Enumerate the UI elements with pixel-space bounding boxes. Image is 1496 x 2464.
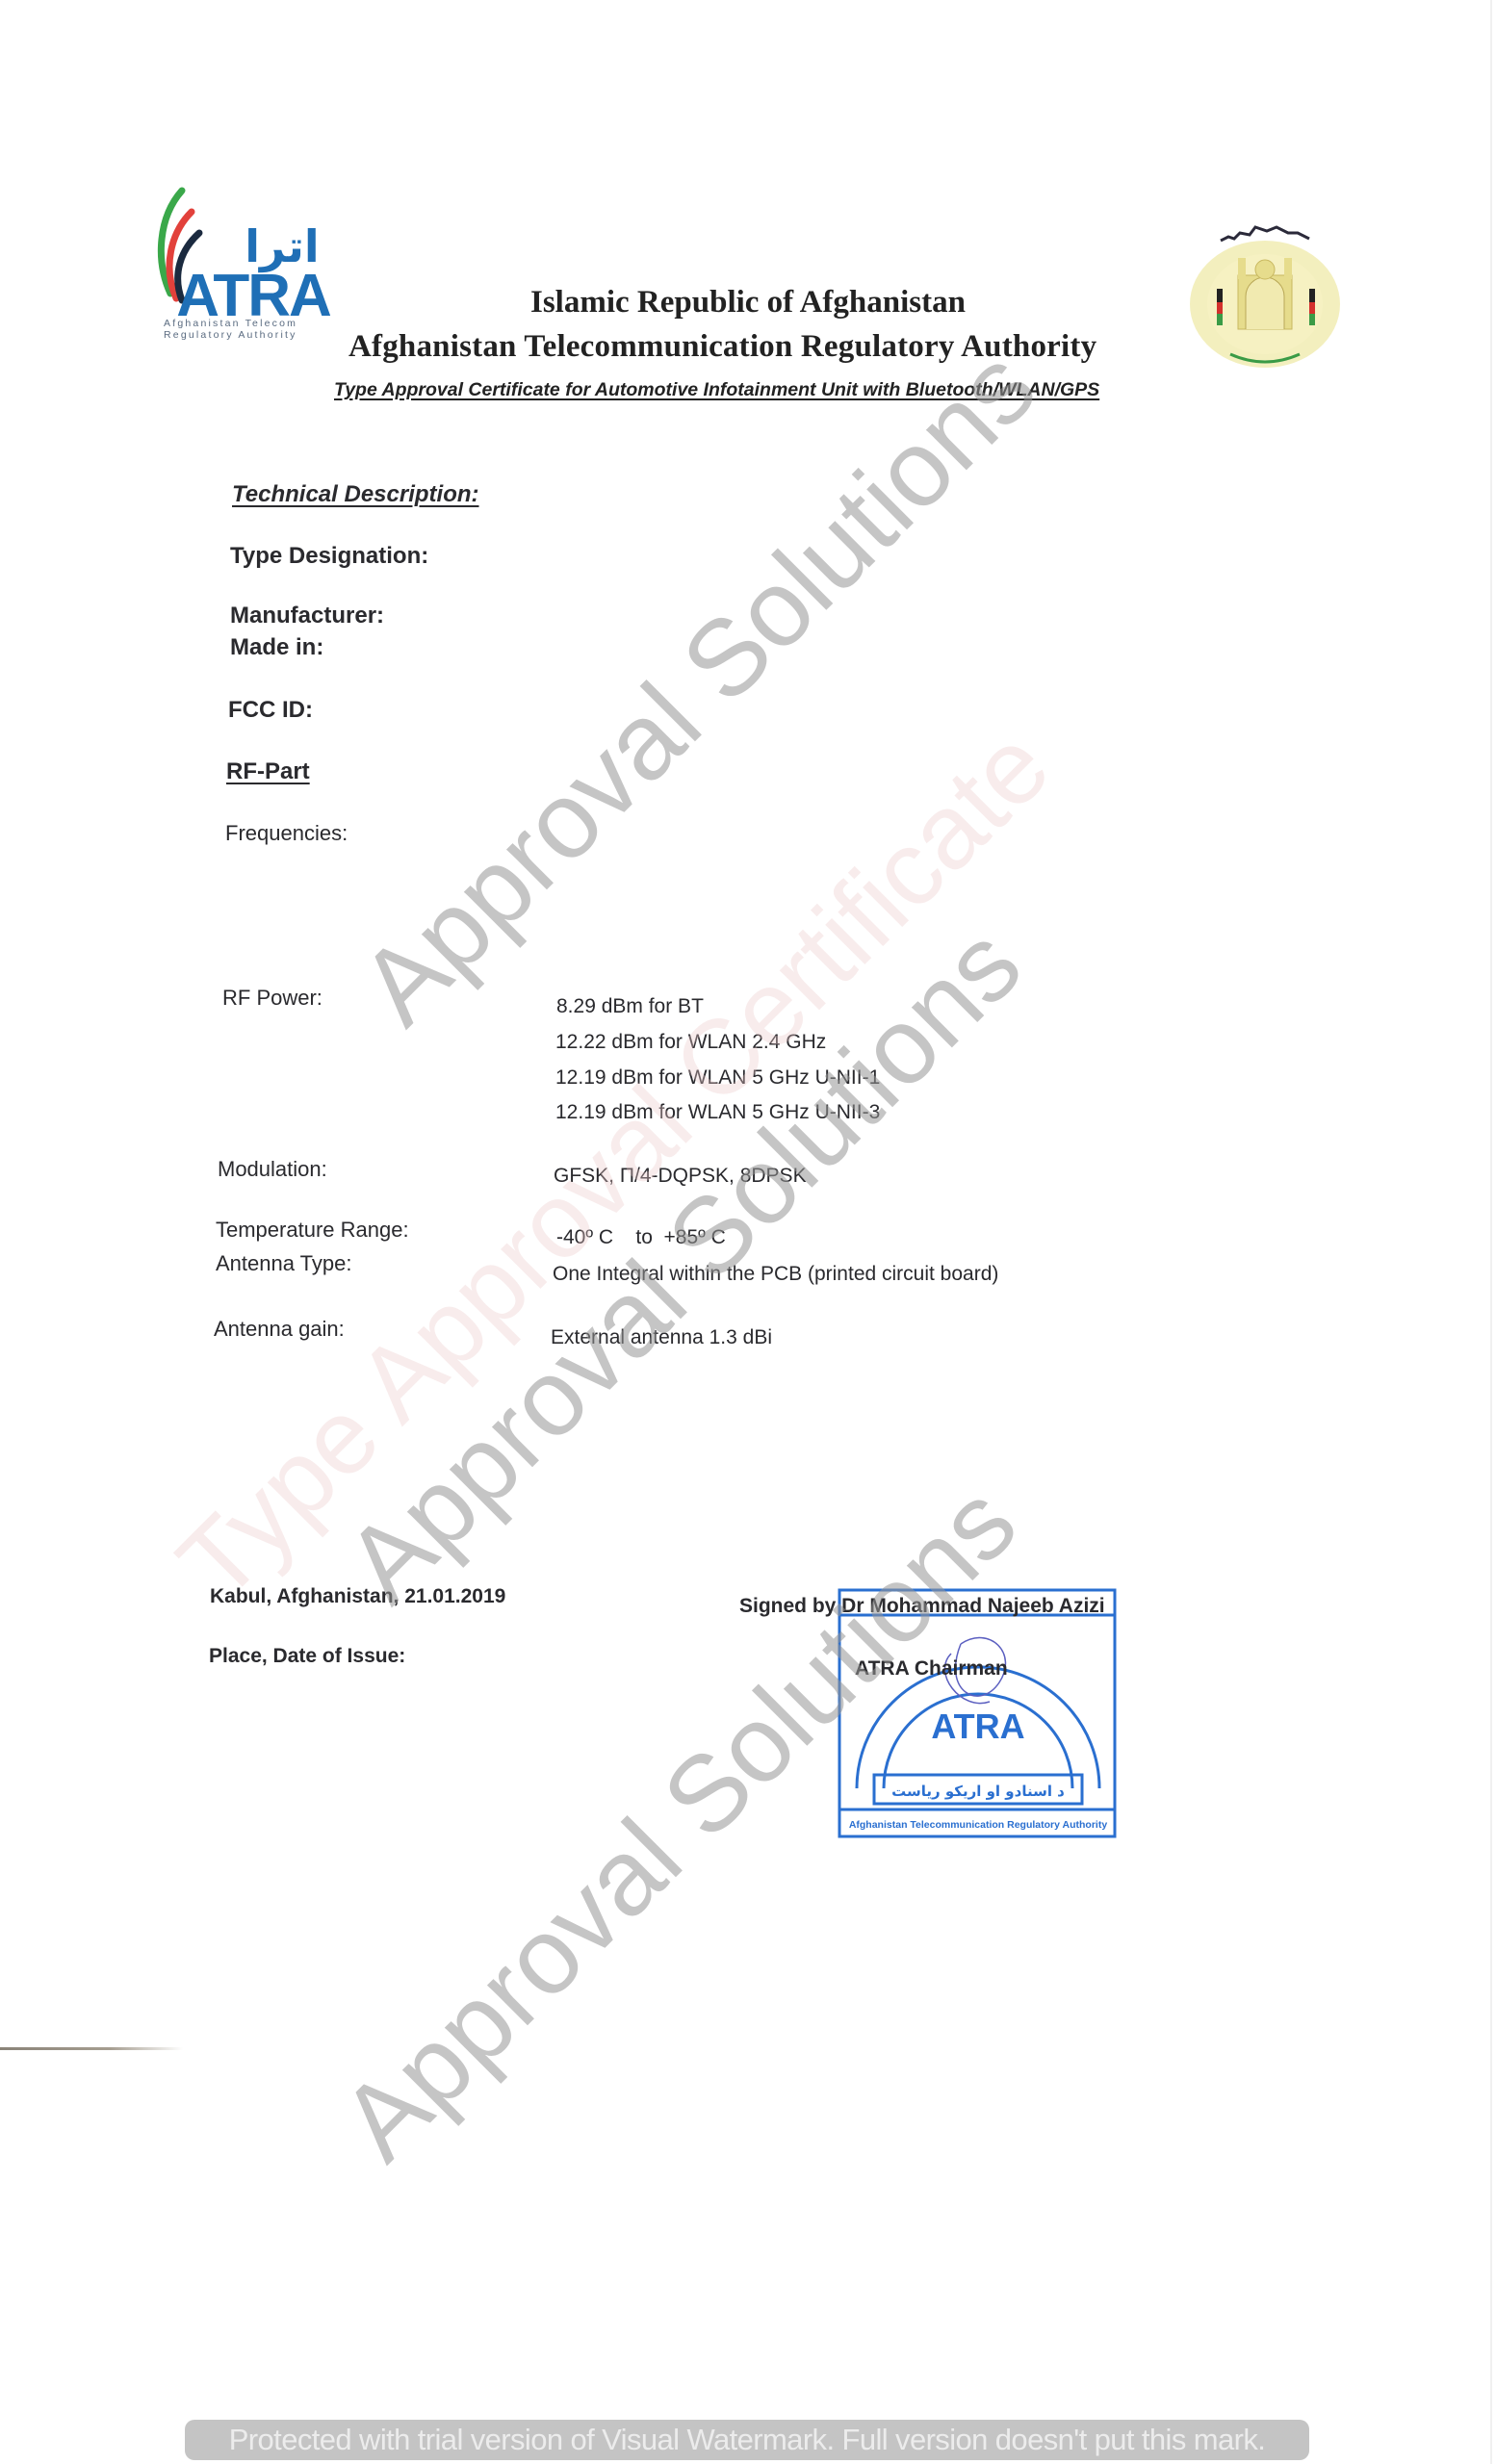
made-in-label: Made in: [230,634,323,661]
rf-power-wlan-5-unii1: 12.19 dBm for WLAN 5 GHz U-NII-1 [555,1066,880,1090]
modulation-label: Modulation: [218,1157,327,1182]
watermark-approval-solutions-1: Approval Solutions [336,324,1060,1048]
temperature-range-value: -40º C to +85º C [556,1226,726,1249]
fcc-id-label: FCC ID: [228,697,313,724]
rf-power-wlan-24: 12.22 dBm for WLAN 2.4 GHz [555,1031,826,1054]
scan-edge-line [0,2047,183,2050]
logo-subtitle: Afghanistan Telecom Regulatory Authority [164,318,297,341]
certificate-title: Type Approval Certificate for Automotive… [334,379,1099,401]
type-designation-label: Type Designation: [230,543,428,570]
place-date-value: Kabul, Afghanistan, 21.01.2019 [210,1585,505,1608]
svg-text:د اسنادو او اریکو ریاست: د اسنادو او اریکو ریاست [891,1783,1065,1800]
frequencies-label: Frequencies: [225,821,348,846]
antenna-type-label: Antenna Type: [216,1251,352,1276]
signed-by: Signed by Dr Mohammad Najeeb Azizi [739,1595,1105,1618]
section-rf-part: RF-Part [226,758,310,785]
antenna-gain-label: Antenna gain: [214,1317,345,1342]
antenna-type-value: One Integral within the PCB (printed cir… [553,1263,998,1286]
svg-text:ATRA: ATRA [931,1707,1024,1746]
section-technical-description: Technical Description: [232,481,479,508]
trial-watermark-banner: Protected with trial version of Visual W… [185,2420,1309,2460]
antenna-gain-value: External antenna 1.3 dBi [551,1326,772,1349]
temperature-range-label: Temperature Range: [216,1218,409,1243]
page-edge [1490,0,1492,2464]
rf-power-bt: 8.29 dBm for BT [556,995,704,1018]
rf-power-label: RF Power: [222,986,322,1011]
place-date-label: Place, Date of Issue: [209,1645,405,1668]
modulation-value: GFSK, Π/4-DQPSK, 8DPSK [554,1165,807,1188]
header-authority: Afghanistan Telecommunication Regulatory… [348,329,1096,365]
official-stamp: ATRA د اسنادو او اریکو ریاست Afghanistan… [836,1586,1121,1842]
signer-title: ATRA Chairman [855,1657,1008,1681]
rf-power-wlan-5-unii3: 12.19 dBm for WLAN 5 GHz U-NII-3 [555,1101,880,1124]
header-country: Islamic Republic of Afghanistan [0,285,1496,321]
svg-text:Afghanistan Telecommunication: Afghanistan Telecommunication Regulatory… [849,1819,1108,1831]
manufacturer-label: Manufacturer: [230,603,384,629]
